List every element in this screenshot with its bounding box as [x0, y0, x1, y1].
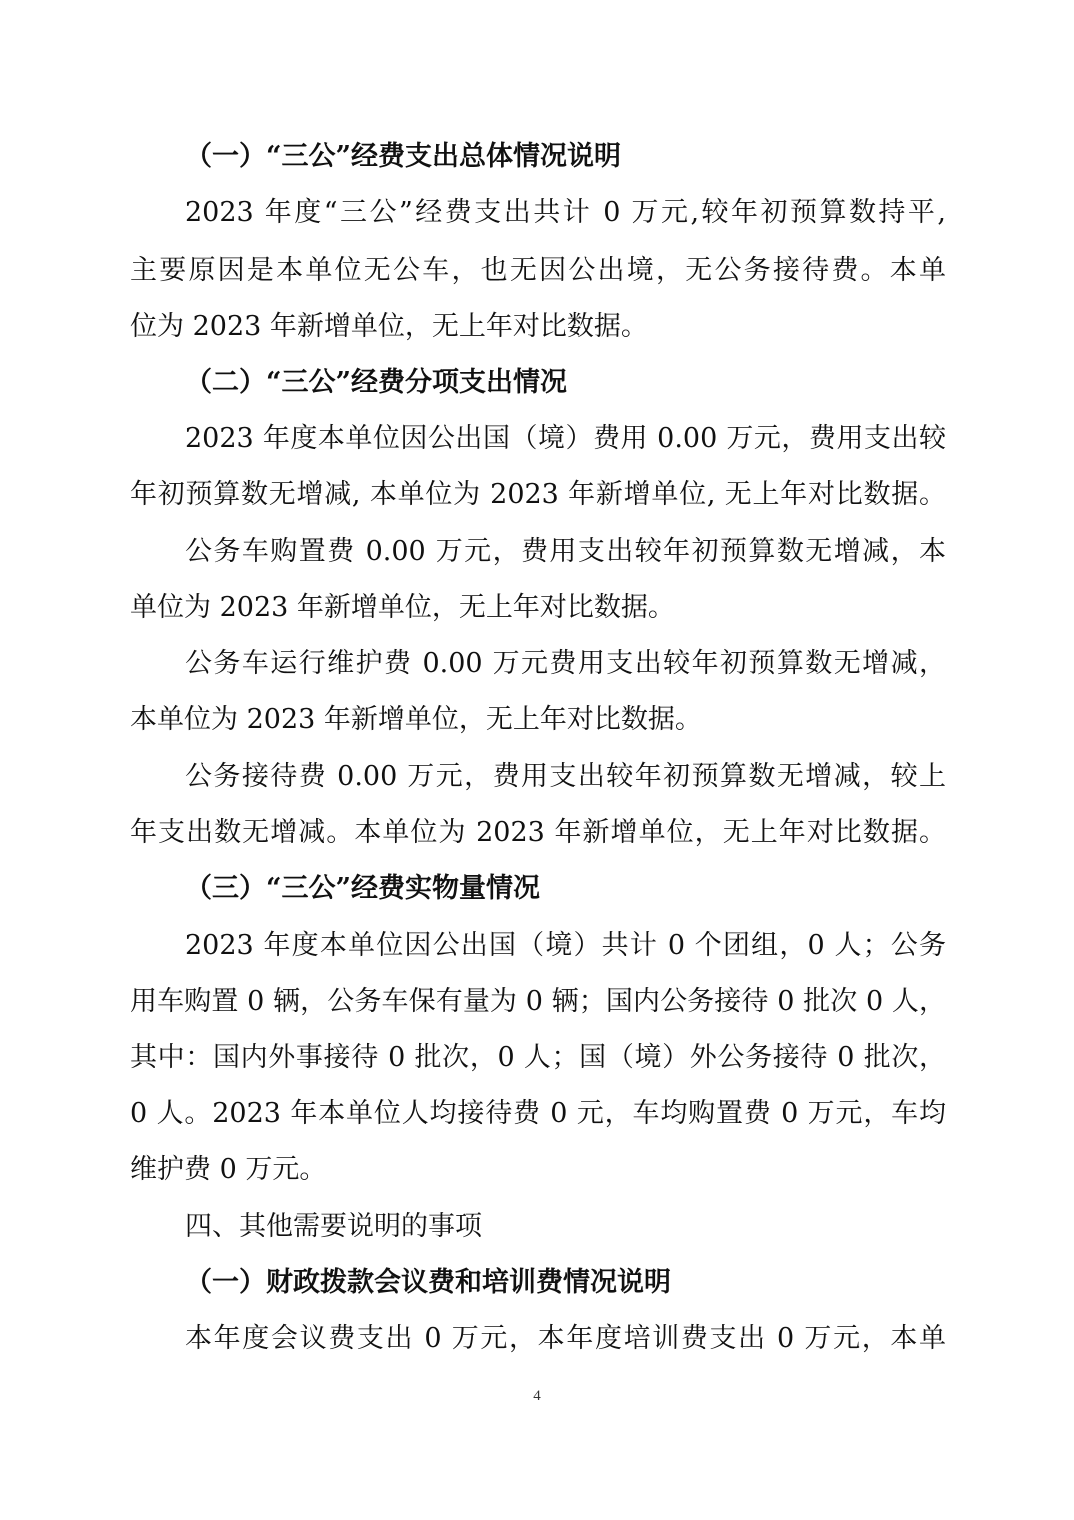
paragraph-line: 单位为 2023 年新增单位，无上年对比数据。 — [130, 591, 946, 625]
paragraph-line: 年初预算数无增减, 本单位为 2023 年新增单位, 无上年对比数据。 — [130, 478, 946, 512]
section-heading-meeting-training: （一）财政拨款会议费和培训费情况说明 — [185, 1266, 946, 1300]
paragraph-line: 2023 年度“三公”经费支出共计 0 万元,较年初预算数持平, — [185, 196, 946, 230]
paragraph-line: 公务车购置费 0.00 万元，费用支出较年初预算数无增减，本 — [185, 535, 946, 569]
paragraph-line: 用车购置 0 辆，公务车保有量为 0 辆；国内公务接待 0 批次 0 人， — [130, 985, 946, 1019]
paragraph-line: 其中：国内外事接待 0 批次，0 人；国（境）外公务接待 0 批次， — [130, 1041, 946, 1075]
paragraph-line: 0 人。2023 年本单位人均接待费 0 元，车均购置费 0 万元，车均 — [130, 1097, 946, 1131]
paragraph-line: 位为 2023 年新增单位，无上年对比数据。 — [130, 310, 946, 344]
paragraph-line: 2023 年度本单位因公出国（境）共计 0 个团组，0 人；公务 — [185, 929, 946, 963]
paragraph-line: 2023 年度本单位因公出国（境）费用 0.00 万元，费用支出较 — [185, 422, 946, 456]
paragraph-line: 维护费 0 万元。 — [130, 1153, 946, 1187]
page-number: 4 — [0, 1388, 1074, 1405]
section-heading-physical-quantity: （三）“三公”经费实物量情况 — [185, 872, 946, 906]
paragraph-line: 年支出数无增减。本单位为 2023 年新增单位，无上年对比数据。 — [130, 816, 946, 850]
paragraph-line: 主要原因是本单位无公车，也无因公出境，无公务接待费。本单 — [130, 254, 946, 288]
chapter-heading-other-matters: 四、其他需要说明的事项 — [185, 1210, 946, 1244]
section-heading-overall: （一）“三公”经费支出总体情况说明 — [185, 140, 946, 174]
document-page: （一）“三公”经费支出总体情况说明 2023 年度“三公”经费支出共计 0 万元… — [0, 0, 1074, 1520]
paragraph-line: 本单位为 2023 年新增单位，无上年对比数据。 — [130, 703, 946, 737]
paragraph-line: 公务车运行维护费 0.00 万元费用支出较年初预算数无增减， — [185, 647, 946, 681]
section-heading-itemized: （二）“三公”经费分项支出情况 — [185, 366, 946, 400]
paragraph-line: 本年度会议费支出 0 万元，本年度培训费支出 0 万元，本单 — [185, 1322, 946, 1356]
paragraph-line: 公务接待费 0.00 万元，费用支出较年初预算数无增减，较上 — [185, 760, 946, 794]
